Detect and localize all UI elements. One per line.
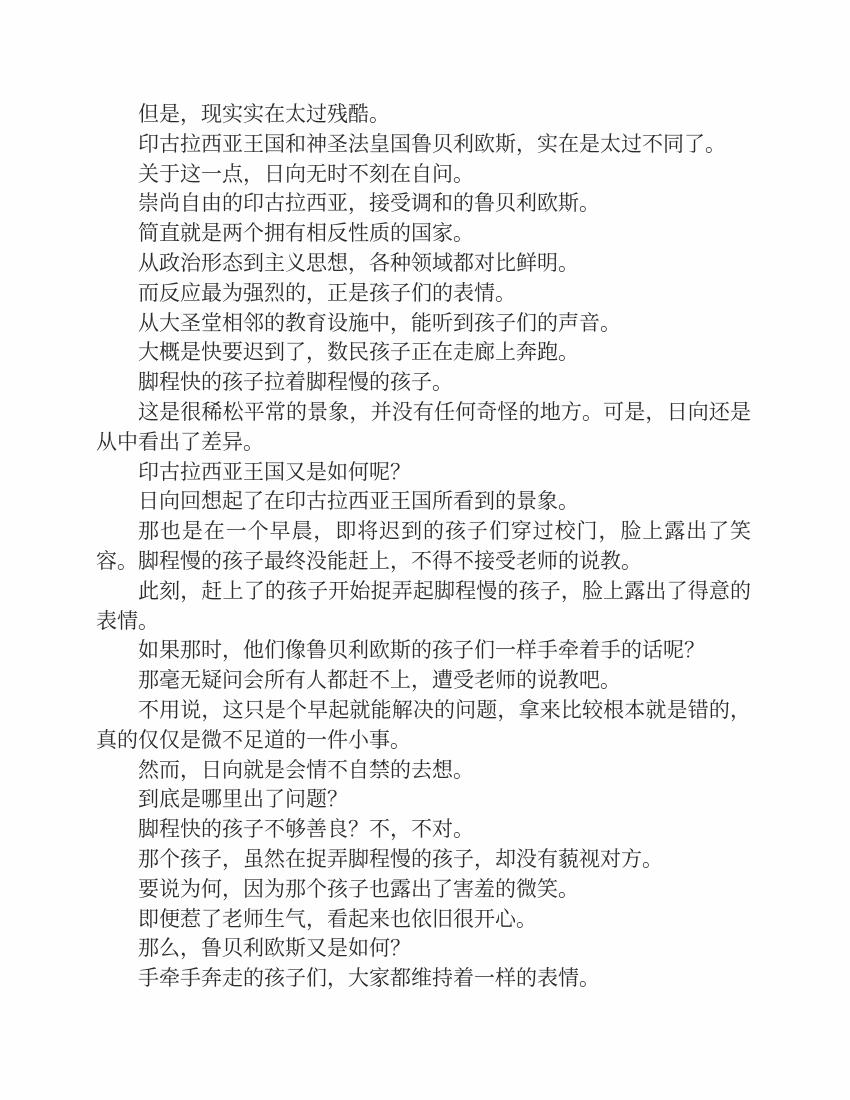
paragraph: 到底是哪里出了问题？ xyxy=(96,785,751,815)
paragraph: 关于这一点，日向无时不刻在自问。 xyxy=(96,160,751,190)
paragraph: 但是，现实实在太过残酷。 xyxy=(96,100,751,130)
paragraph: 不用说，这只是个早起就能解决的问题，拿来比较根本就是错的，真的仅仅是微不足道的一… xyxy=(96,696,751,756)
paragraph: 从大圣堂相邻的教育设施中，能听到孩子们的声音。 xyxy=(96,309,751,339)
paragraph: 那也是在一个早晨，即将迟到的孩子们穿过校门，脸上露出了笑容。脚程慢的孩子最终没能… xyxy=(96,517,751,577)
paragraph: 如果那时，他们像鲁贝利欧斯的孩子们一样手牵着手的话呢？ xyxy=(96,636,751,666)
paragraph: 印古拉西亚王国和神圣法皇国鲁贝利欧斯，实在是太过不同了。 xyxy=(96,130,751,160)
paragraph: 然而，日向就是会情不自禁的去想。 xyxy=(96,756,751,786)
paragraph: 此刻，赶上了的孩子开始捉弄起脚程慢的孩子，脸上露出了得意的表情。 xyxy=(96,577,751,637)
paragraph: 即便惹了老师生气，看起来也依旧很开心。 xyxy=(96,905,751,935)
paragraph: 崇尚自由的印古拉西亚，接受调和的鲁贝利欧斯。 xyxy=(96,189,751,219)
paragraph: 那个孩子，虽然在捉弄脚程慢的孩子，却没有藐视对方。 xyxy=(96,845,751,875)
paragraph: 脚程快的孩子不够善良？不，不对。 xyxy=(96,815,751,845)
paragraph: 大概是快要迟到了，数民孩子正在走廊上奔跑。 xyxy=(96,338,751,368)
paragraph: 从政治形态到主义思想，各种领域都对比鲜明。 xyxy=(96,249,751,279)
paragraph: 而反应最为强烈的，正是孩子们的表情。 xyxy=(96,279,751,309)
paragraph: 日向回想起了在印古拉西亚王国所看到的景象。 xyxy=(96,487,751,517)
book-page: 但是，现实实在太过残酷。印古拉西亚王国和神圣法皇国鲁贝利欧斯，实在是太过不同了。… xyxy=(0,0,850,1100)
paragraph: 简直就是两个拥有相反性质的国家。 xyxy=(96,219,751,249)
paragraph: 那么，鲁贝利欧斯又是如何？ xyxy=(96,934,751,964)
paragraph: 这是很稀松平常的景象，并没有任何奇怪的地方。可是，日向还是从中看出了差异。 xyxy=(96,398,751,458)
paragraph: 脚程快的孩子拉着脚程慢的孩子。 xyxy=(96,368,751,398)
paragraph: 要说为何，因为那个孩子也露出了害羞的微笑。 xyxy=(96,875,751,905)
paragraph: 印古拉西亚王国又是如何呢？ xyxy=(96,458,751,488)
paragraph: 手牵手奔走的孩子们，大家都维持着一样的表情。 xyxy=(96,964,751,994)
novel-text-block: 但是，现实实在太过残酷。印古拉西亚王国和神圣法皇国鲁贝利欧斯，实在是太过不同了。… xyxy=(96,100,751,994)
paragraph: 那毫无疑问会所有人都赶不上，遭受老师的说教吧。 xyxy=(96,666,751,696)
